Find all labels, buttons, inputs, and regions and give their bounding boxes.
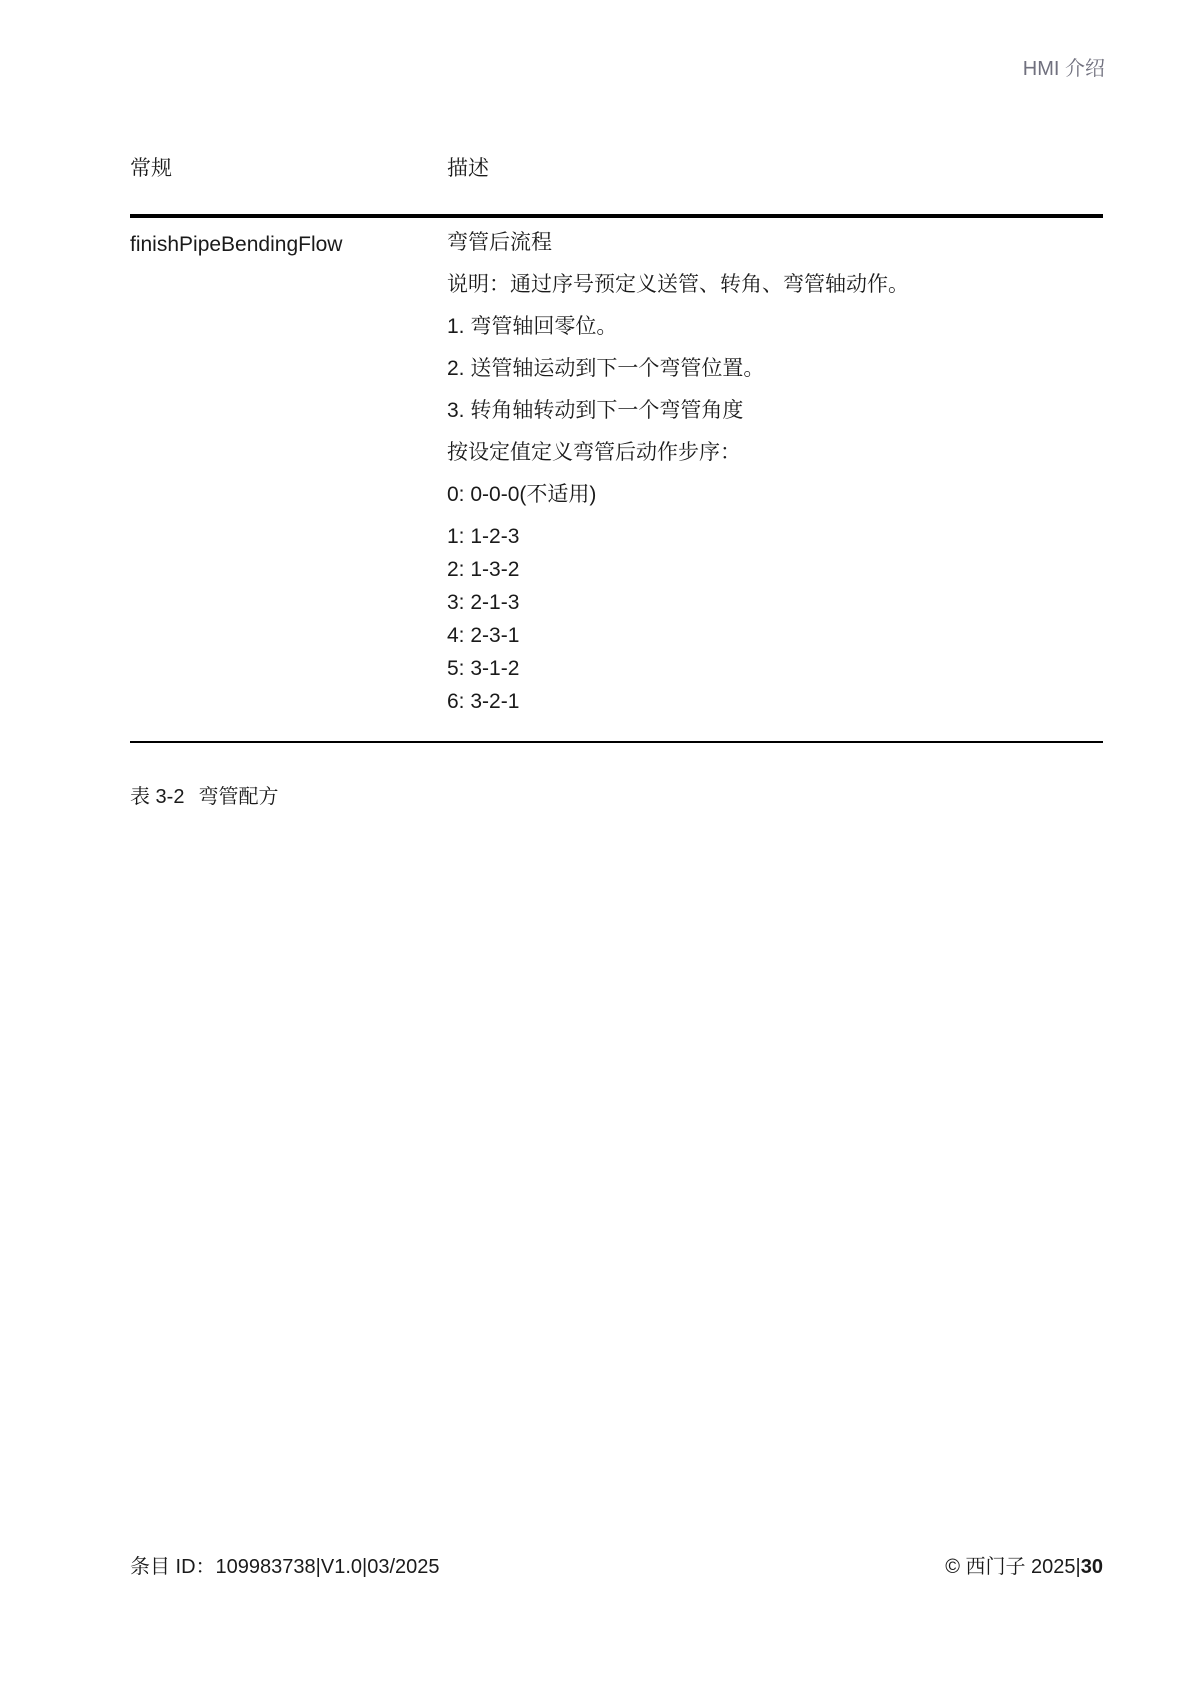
description-paragraph: 按设定值定义弯管后动作步序： xyxy=(447,442,1103,464)
parameter-name: finishPipeBendingFlow xyxy=(130,232,447,713)
table-row: finishPipeBendingFlow 弯管后流程 说明：通过序号预定义送管… xyxy=(130,218,1103,743)
sequence-option: 6: 3-2-1 xyxy=(447,691,1103,713)
sequence-option: 2: 1-3-2 xyxy=(447,559,1103,581)
sequence-option: 5: 3-1-2 xyxy=(447,658,1103,680)
description-paragraph: 1. 弯管轴回零位。 xyxy=(447,316,1103,338)
document-page: HMI 介绍 常规 描述 finishPipeBendingFlow 弯管后流程… xyxy=(0,0,1190,1683)
footer-copyright-text: © 西门子 2025| xyxy=(945,1556,1081,1578)
description-paragraph: 说明：通过序号预定义送管、转角、弯管轴动作。 xyxy=(447,274,1103,296)
footer-entry-id: 条目 ID：109983738|V1.0|03/2025 xyxy=(130,1555,440,1579)
table-header-general: 常规 xyxy=(130,158,447,180)
footer-copyright: © 西门子 2025|30 xyxy=(945,1555,1103,1579)
sequence-option: 4: 2-3-1 xyxy=(447,625,1103,647)
description-paragraph: 弯管后流程 xyxy=(447,232,1103,254)
table-caption-label: 表 3-2 xyxy=(130,786,184,808)
page-footer: 条目 ID：109983738|V1.0|03/2025 © 西门子 2025|… xyxy=(130,1555,1103,1579)
footer-page-number: 30 xyxy=(1081,1556,1103,1578)
sequence-option: 3: 2-1-3 xyxy=(447,592,1103,614)
sequence-option: 1: 1-2-3 xyxy=(447,526,1103,548)
table-header-description: 描述 xyxy=(447,158,1103,180)
description-paragraph: 3. 转角轴转动到下一个弯管角度 xyxy=(447,400,1103,422)
parameter-description: 弯管后流程 说明：通过序号预定义送管、转角、弯管轴动作。 1. 弯管轴回零位。 … xyxy=(447,232,1103,713)
parameter-table: 常规 描述 finishPipeBendingFlow 弯管后流程 说明：通过序… xyxy=(130,158,1103,743)
table-caption-text: 弯管配方 xyxy=(198,786,278,808)
description-paragraph: 0: 0-0-0(不适用) xyxy=(447,484,1103,506)
table-header-row: 常规 描述 xyxy=(130,158,1103,218)
content-area: 常规 描述 finishPipeBendingFlow 弯管后流程 说明：通过序… xyxy=(130,0,1103,809)
description-paragraph: 2. 送管轴运动到下一个弯管位置。 xyxy=(447,358,1103,380)
table-caption: 表 3-2弯管配方 xyxy=(130,785,1103,809)
